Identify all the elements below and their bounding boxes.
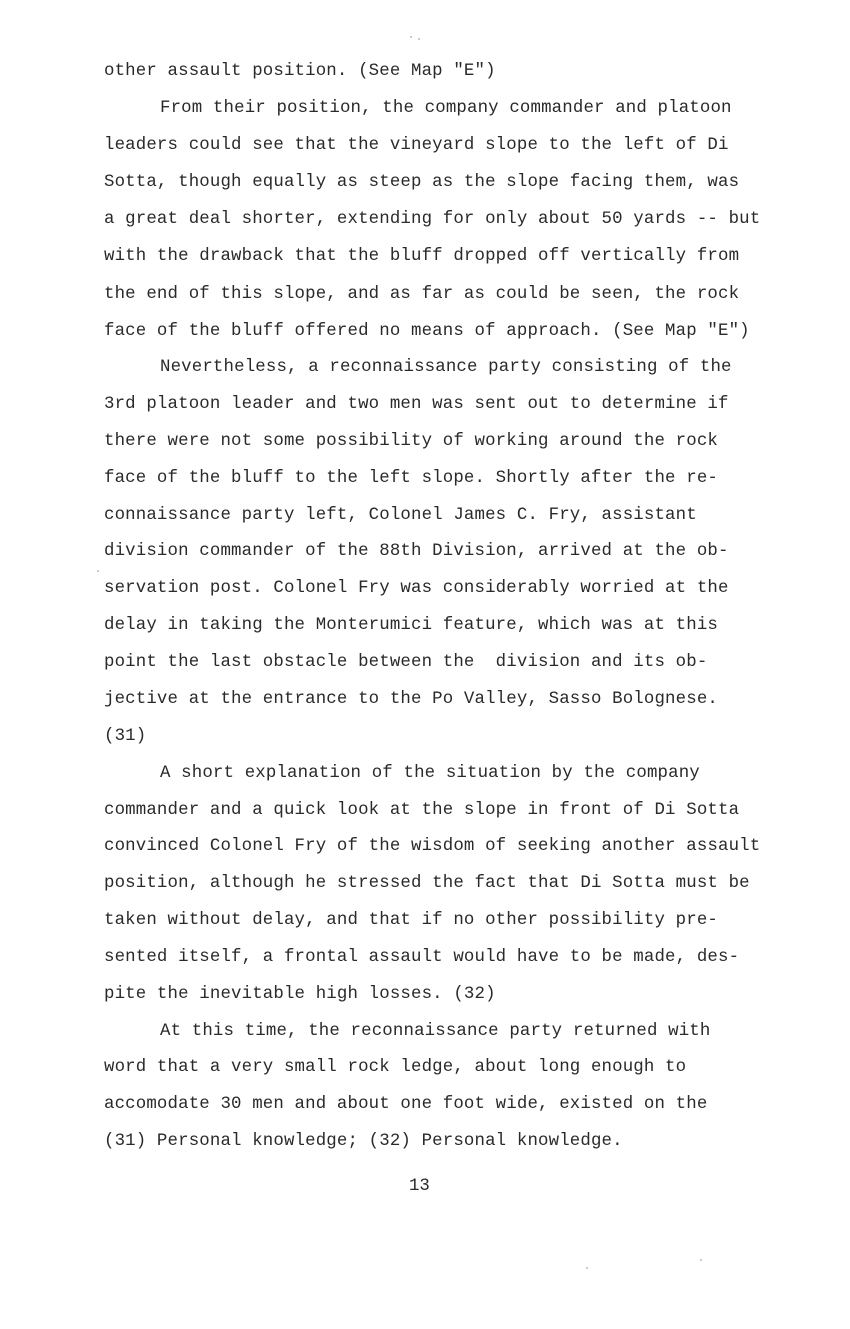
text-line: position, although he stressed the fact … bbox=[104, 874, 750, 894]
paragraph-start-line: At this time, the reconnaissance party r… bbox=[160, 1022, 710, 1042]
text-line: other assault position. (See Map "E") bbox=[104, 62, 496, 82]
text-line: with the drawback that the bluff dropped… bbox=[104, 247, 739, 267]
scan-speck bbox=[586, 1267, 588, 1269]
scan-speck bbox=[700, 1259, 702, 1261]
page-number: 13 bbox=[409, 1177, 430, 1197]
paragraph-start-line: A short explanation of the situation by … bbox=[160, 764, 700, 784]
text-line: taken without delay, and that if no othe… bbox=[104, 911, 718, 931]
footnotes: (31) Personal knowledge; (32) Personal k… bbox=[104, 1132, 623, 1152]
scan-speck bbox=[410, 36, 412, 38]
text-line: 3rd platoon leader and two men was sent … bbox=[104, 395, 729, 415]
text-line: servation post. Colonel Fry was consider… bbox=[104, 579, 729, 599]
text-line: the end of this slope, and as far as cou… bbox=[104, 285, 739, 305]
paragraph-start-line: Nevertheless, a reconnaissance party con… bbox=[160, 358, 732, 378]
text-line: pite the inevitable high losses. (32) bbox=[104, 985, 496, 1005]
text-line: delay in taking the Monterumici feature,… bbox=[104, 616, 718, 636]
text-line: accomodate 30 men and about one foot wid… bbox=[104, 1095, 707, 1115]
text-line: point the last obstacle between the divi… bbox=[104, 653, 707, 673]
text-line: convinced Colonel Fry of the wisdom of s… bbox=[104, 837, 760, 857]
scan-speck bbox=[97, 570, 99, 572]
text-line: leaders could see that the vineyard slop… bbox=[104, 136, 729, 156]
scan-speck bbox=[418, 38, 420, 40]
text-line: word that a very small rock ledge, about… bbox=[104, 1058, 686, 1078]
document-page: other assault position. (See Map "E") Fr… bbox=[0, 0, 850, 1329]
text-line: division commander of the 88th Division,… bbox=[104, 542, 729, 562]
text-line: face of the bluff offered no means of ap… bbox=[104, 322, 750, 342]
footnote-reference: (31) bbox=[104, 727, 146, 747]
text-line: connaissance party left, Colonel James C… bbox=[104, 506, 697, 526]
text-line: jective at the entrance to the Po Valley… bbox=[104, 690, 718, 710]
text-line: sented itself, a frontal assault would h… bbox=[104, 948, 739, 968]
text-line: a great deal shorter, extending for only… bbox=[104, 210, 760, 230]
text-line: face of the bluff to the left slope. Sho… bbox=[104, 469, 718, 489]
paragraph-start-line: From their position, the company command… bbox=[160, 99, 732, 119]
text-line: commander and a quick look at the slope … bbox=[104, 801, 739, 821]
text-line: there were not some possibility of worki… bbox=[104, 432, 718, 452]
text-line: Sotta, though equally as steep as the sl… bbox=[104, 173, 739, 193]
